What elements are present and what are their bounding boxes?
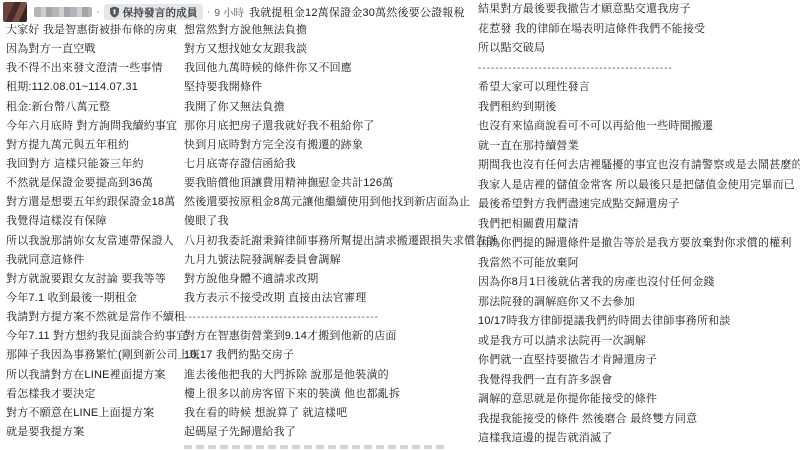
text-line: 對方在智惠街營業到9.14才搬到他新的店面 — [184, 327, 498, 346]
post-screenshot: · 保持發言的成員 · 9 小時 我就提租金12萬保證金30萬然後要公證報稅 大… — [0, 0, 800, 450]
text-line: 起碼屋子先歸還給我了 — [184, 423, 498, 442]
text-line: 對方說他身體不適請求改期 — [184, 270, 498, 289]
text-line: 快到月底時對方完全沒有搬遷的跡象 — [184, 136, 498, 155]
avatar[interactable] — [3, 2, 27, 22]
badge-label: 保持發言的成員 — [123, 5, 198, 20]
text-line: 我方表示不接受改期 直接由法官審理 — [184, 289, 498, 308]
text-line: 我回對方 這樣只能簽三年約 — [6, 155, 200, 174]
member-badge[interactable]: 保持發言的成員 — [104, 4, 203, 20]
text-line: 我提我能接受的條件 然後磨合 最終雙方同意 — [478, 410, 800, 430]
text-line: 我家人是店裡的儲值金常客 所以最後只是把儲值金使用完畢而已 — [478, 176, 800, 196]
text-line: 七月底寄存證信函給我 — [184, 155, 498, 174]
text-line: 我覺得我們一直有許多誤會 — [478, 371, 800, 391]
text-line: 你們就一直堅持要撤告才肯歸還房子 — [478, 351, 800, 371]
text-line: 我請對方提方案不然就是當作不續租 — [6, 308, 200, 327]
text-line: 租期:112.08.01~114.07.31 — [6, 78, 200, 97]
separator-dot: · — [96, 6, 100, 18]
text-line: 對方又想找她女友跟我談 — [184, 40, 498, 59]
text-line: 這樣我這邊的提告就消滅了 — [478, 429, 800, 449]
text-line: 最後希望對方我們盡速完成點交歸還房子 — [478, 195, 800, 215]
text-line: 樓上很多以前房客留下來的裝潢 他也都亂拆 — [184, 385, 498, 404]
text-line: 大家好 我是智惠街被掛布條的房東 — [6, 21, 200, 40]
text-line: 或是我方可以請求法院再一次調解 — [478, 332, 800, 352]
post-header: · 保持發言的成員 · 9 小時 我就提租金12萬保證金30萬然後要公證報稅 — [3, 2, 465, 22]
divider-dashes: ----------------------------------------… — [184, 308, 498, 327]
text-line: 那陣子我因為事務繁忙(剛到新公司上班 — [6, 346, 200, 365]
text-line: 結果對方最後要我撤告才願意點交還我房子 — [478, 0, 800, 20]
text-line: 想當然對方說他無法負擔 — [184, 21, 498, 40]
text-line: 因為你們提的歸還條件是撤告等於是我方要放棄對你求償的權利 — [478, 234, 800, 254]
text-column-left: 大家好 我是智惠街被掛布條的房東因為對方一直空戰我不得不出來發文澄清一些事情租期… — [6, 21, 200, 442]
text-line: 對方就說要跟女友討論 要我等等 — [6, 270, 200, 289]
text-line: 就是要我提方案 — [6, 423, 200, 442]
clipped-text-line — [184, 445, 446, 449]
text-line: 調解的意思就是你提你能接受的條件 — [478, 390, 800, 410]
text-line: 堅持要我開條件 — [184, 78, 498, 97]
text-line: 我在看的時候 想說算了 就這樣吧 — [184, 404, 498, 423]
text-line: 今年7.1 收到最後一期租金 — [6, 289, 200, 308]
text-line: 花惹發 我的律師在場表明這條件我們不能接受 — [478, 20, 800, 40]
text-line: 然後還要按原租金8萬元讓他繼續使用到他找到新店面為止 — [184, 193, 498, 212]
text-line: 那你月底把房子還我就好我不租給你了 — [184, 117, 498, 136]
text-line: 傻眼了我 — [184, 212, 498, 231]
post-timestamp[interactable]: 9 小時 — [214, 5, 244, 20]
text-line: 就一直在那持續營業 — [478, 137, 800, 157]
text-line: 我當然不可能放棄阿 — [478, 254, 800, 274]
text-column-middle: 想當然對方說他無法負擔對方又想找她女友跟我談我回他九萬時候的條件你又不回應堅持要… — [184, 21, 498, 442]
text-line: 我們租約到期後 — [478, 98, 800, 118]
text-line: 要我賠償他頂讓費用精神撫慰金共計126萬 — [184, 174, 498, 193]
text-line: 租金:新台幣八萬元整 — [6, 98, 200, 117]
text-line: 我就提租金12萬保證金30萬然後要公證報稅 — [249, 4, 465, 20]
text-line: 進去後他把我的大門拆除 說那是他裝潢的 — [184, 366, 498, 385]
text-line: 我們把相關費用釐清 — [478, 215, 800, 235]
text-line: 九月九號法院發調解委員會調解 — [184, 251, 498, 270]
author-name-blurred[interactable] — [34, 7, 92, 17]
text-line: 我開了你又無法負擔 — [184, 98, 498, 117]
text-line: 因為對方一直空戰 — [6, 40, 200, 59]
text-column-right: 結果對方最後要我撤告才願意點交還我房子花惹發 我的律師在場表明這條件我們不能接受… — [478, 0, 800, 449]
text-line: 那法院發的調解庭你又不去參加 — [478, 293, 800, 313]
text-line: 所以我說那請妳女友當連帶保證人 — [6, 232, 200, 251]
text-line: 我不得不出來發文澄清一些事情 — [6, 59, 200, 78]
text-line: 我就同意這條件 — [6, 251, 200, 270]
text-line: 也沒有來協商說看可不可以再給他一些時間搬遷 — [478, 117, 800, 137]
text-line: 所以點交破局 — [478, 39, 800, 59]
text-line: 我覺得這樣沒有保障 — [6, 212, 200, 231]
text-line: 10/17時我方律師提議我們約時間去律師事務所和談 — [478, 312, 800, 332]
text-line: 今年六月底時 對方詢問我續約事宜 — [6, 117, 200, 136]
text-line: 10.17 我們約點交房子 — [184, 346, 498, 365]
text-line: 對方不願意在LINE上面提方案 — [6, 404, 200, 423]
text-line: 對方提九萬元與五年租約 — [6, 136, 200, 155]
text-line: 不然就是保證金要提高到36萬 — [6, 174, 200, 193]
text-line: 期間我也沒有任何去店裡騷擾的事宜也沒有請警察或是去鬧甚麼的 — [478, 156, 800, 176]
text-line: 八月初我委託謝秉錡律師事務所幫提出請求搬遷跟損失求償告訴 — [184, 232, 498, 251]
text-line: 對方還是想要五年約跟保證金18萬 — [6, 193, 200, 212]
text-line: 我回他九萬時候的條件你又不回應 — [184, 59, 498, 78]
separator-dot: · — [207, 6, 211, 18]
text-line: 因為你8月1日後就佔著我的房產也沒付任何金錢 — [478, 273, 800, 293]
text-line: 今年7.11 對方想約我見面談合約事宜 — [6, 327, 200, 346]
badge-shield-icon — [109, 6, 120, 18]
text-line: 希望大家可以理性發言 — [478, 78, 800, 98]
text-line: 看怎樣我才要決定 — [6, 385, 200, 404]
divider-dashes: ----------------------------------------… — [478, 59, 800, 79]
text-line: 所以我請對方在LINE裡面提方案 — [6, 366, 200, 385]
